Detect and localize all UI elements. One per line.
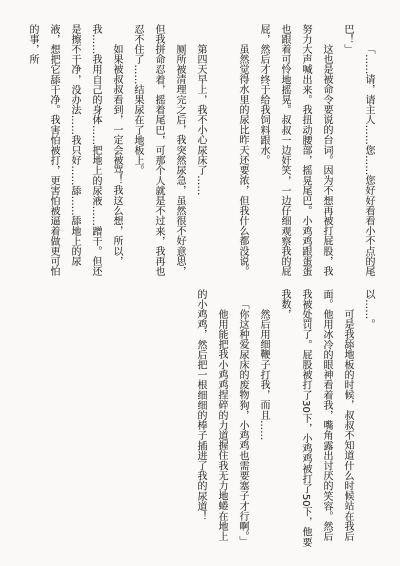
paragraph: 虽然觉得水里的尿比昨天还要浓，但我什么都没说。: [232, 24, 253, 285]
scene-break: [211, 24, 232, 285]
paragraph: 厕所被清理完之后，我突然尿急，虽然很不好意思，但我拼命忍着，摇着尾巴，可那个人就…: [127, 24, 190, 285]
text-band-top: 「……请，请主人……您……您好好看看小不点的尾巴！」 这也是被命令要说的台词。因…: [19, 24, 379, 285]
paragraph: 第四天早上，我不小心尿床了……: [190, 24, 211, 285]
paragraph: 如果被叔叔看到，一定会被骂！我这么想，所以，我……我用自己的身体……把地上的尿液…: [22, 24, 127, 285]
paragraph-dialogue: 「……请，请主人……您……您好好看看小不点的尾巴！」: [337, 24, 379, 285]
paragraph: 可是我舔地板的时候，叔叔不知道什么时候站在我后面。他用冰冷的眼神看着我，嘴角露出…: [274, 289, 358, 550]
manga-text-page: 「……请，请主人……您……您好好看看小不点的尾巴！」 这也是被命令要说的台词。因…: [0, 0, 400, 566]
paragraph-dialogue: 「你这种爱尿床的废物狗，小鸡鸡也需要塞子才行啊。」: [232, 289, 253, 550]
paragraph-continuation: 以……。: [358, 289, 379, 550]
paragraph: 他用能把我小鸡鸡捏碎的力道握住我无力地蜷在地上的小鸡鸡，然后把一根细细的棒子插进…: [190, 289, 232, 550]
text-band-bottom: 以……。 可是我舔地板的时候，叔叔不知道什么时候站在我后面。他用冰冷的眼神看着我…: [19, 289, 379, 550]
paragraph: 然后用细鞭子打我，而且……: [253, 289, 274, 550]
paragraph: 这也是被命令要说的台词。因为不想再被打屁股，我努力大声喊出来。我扭动腰部，摇晃尾…: [253, 24, 337, 285]
